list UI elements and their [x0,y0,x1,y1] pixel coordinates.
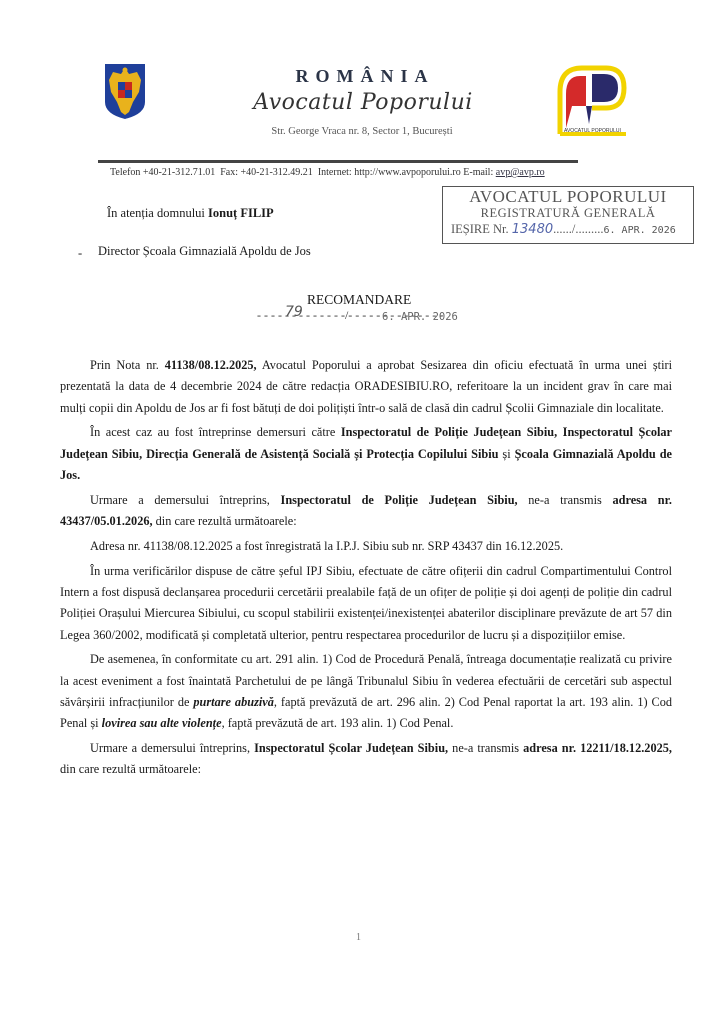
internet-label: Internet: [318,167,352,178]
document-title: RECOMANDARE [307,292,411,308]
stamp-exit-date: 6. APR. 2026 [603,225,675,236]
recommendation-date: 6. APR. 2026 [382,311,458,323]
logo-caption: AVOCATUL POPORULUI [564,128,621,134]
romania-coat-of-arms-icon [103,62,147,120]
website-link[interactable]: http://www.avpoporului.ro [354,167,461,178]
addressee-name: Ionuț FILIP [208,206,274,220]
paragraph-5: În urma verificărilor dispuse de către ș… [60,561,672,646]
email-link[interactable]: avp@avp.ro [496,167,545,178]
paragraph-3: Urmare a demersului întreprins, Inspecto… [60,490,672,533]
attention-prefix: În atenția domnului [107,206,205,220]
addressee-role: Director Școala Gimnazială Apoldu de Jos [98,244,311,259]
addressee-bullet: - [78,246,82,261]
document-body: Prin Nota nr. 41138/08.12.2025, Avocatul… [60,355,672,784]
stamp-exit-label: IEȘIRE Nr. [451,222,509,236]
attention-line: În atenția domnului Ionuț FILIP [107,206,274,221]
paragraph-6: De asemenea, în conformitate cu art. 291… [60,649,672,734]
stamp-institution: AVOCATUL POPORULUI [443,188,693,206]
paragraph-7: Urmare a demersului întreprins, Inspecto… [60,738,672,781]
header-divider [98,160,578,163]
stamp-registry: REGISTRATURĂ GENERALĂ [443,206,693,221]
phone: +40-21-312.71.01 [143,167,215,178]
fax-label: Fax: [220,167,238,178]
number-separator: / [345,308,348,322]
stamp-exit-row: IEȘIRE Nr. 13480....../.........6. APR. … [443,221,693,239]
institution-address: Str. George Vraca nr. 8, Sector 1, Bucur… [232,126,492,137]
email-label: E-mail: [463,167,493,178]
fax: +40-21-312.49.21 [241,167,313,178]
page-number: 1 [356,932,361,943]
avocatul-poporului-logo-icon: AVOCATUL POPORULUI [552,62,630,142]
paragraph-1: Prin Nota nr. 41138/08.12.2025, Avocatul… [60,355,672,419]
paragraph-4: Adresa nr. 41138/08.12.2025 a fost înreg… [60,536,672,557]
recommendation-number: 79 [285,304,303,320]
registry-stamp: AVOCATUL POPORULUI REGISTRATURĂ GENERALĂ… [442,186,694,244]
contact-line: Telefon +40-21-312.71.01 Fax: +40-21-312… [110,167,545,178]
paragraph-2: În acest caz au fost întreprinse demersu… [60,422,672,486]
phone-label: Telefon [110,167,140,178]
institution-name: Avocatul Poporului [228,90,498,115]
stamp-exit-number: 13480 [512,222,553,237]
country-title: ROMÂNIA [240,66,490,87]
